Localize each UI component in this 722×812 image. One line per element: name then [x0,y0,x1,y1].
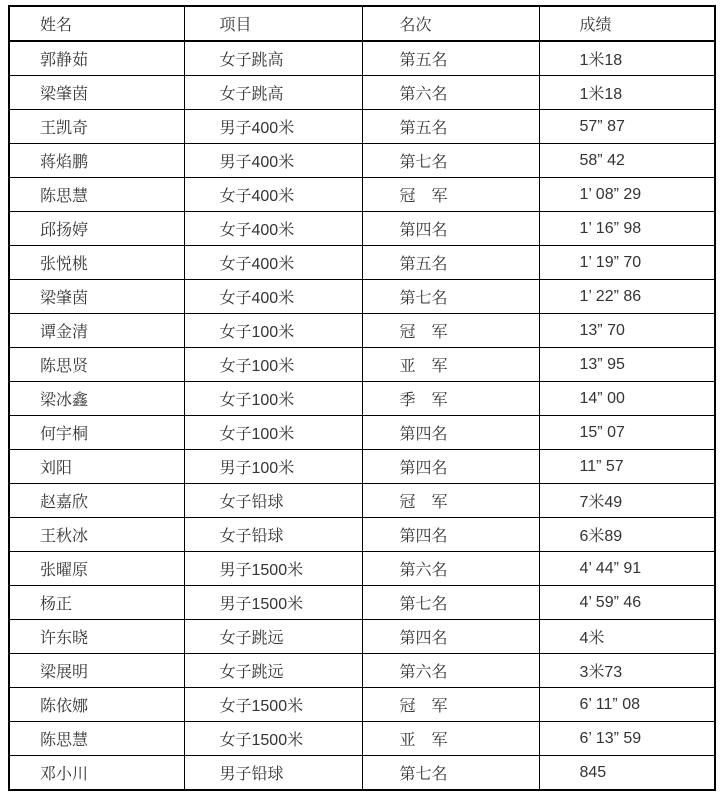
event-cell: 女子400米 [184,178,362,212]
rank-cell: 第五名 [362,246,539,280]
event-cell: 女子100米 [184,348,362,382]
score-cell: 6’ 13” 59 [539,722,715,756]
name-cell: 王秋冰 [9,518,184,552]
event-cell: 男子1500米 [184,552,362,586]
score-cell: 1’ 19” 70 [539,246,715,280]
score-cell: 1’ 22” 86 [539,280,715,314]
event-cell: 男子铅球 [184,756,362,791]
rank-cell: 第七名 [362,586,539,620]
rank-cell: 第七名 [362,756,539,791]
event-cell: 女子400米 [184,280,362,314]
score-cell: 1’ 16” 98 [539,212,715,246]
score-cell: 845 [539,756,715,791]
table-row: 王凯奇 男子400米 第五名 57” 87 [9,110,715,144]
score-cell: 4’ 44” 91 [539,552,715,586]
table-row: 谭金清 女子100米 冠 军 13” 70 [9,314,715,348]
rank-cell: 第七名 [362,280,539,314]
document-page: 姓名 项目 名次 成绩 郭静茹 女子跳高 第五名 1米18 梁肇茵 女子跳高 第… [0,0,722,812]
rank-cell: 第五名 [362,110,539,144]
score-cell: 7米49 [539,484,715,518]
rank-cell: 第五名 [362,41,539,76]
score-cell: 1米18 [539,41,715,76]
score-cell: 11” 57 [539,450,715,484]
table-row: 何宇桐 女子100米 第四名 15” 07 [9,416,715,450]
event-cell: 女子1500米 [184,688,362,722]
table-row: 梁冰鑫 女子100米 季 军 14” 00 [9,382,715,416]
score-cell: 1’ 08” 29 [539,178,715,212]
table-row: 陈思贤 女子100米 亚 军 13” 95 [9,348,715,382]
event-cell: 女子100米 [184,416,362,450]
score-cell: 1米18 [539,76,715,110]
rank-cell: 冠 军 [362,178,539,212]
rank-cell: 亚 军 [362,348,539,382]
name-cell: 王凯奇 [9,110,184,144]
table-row: 蒋焰鹏 男子400米 第七名 58” 42 [9,144,715,178]
event-cell: 女子铅球 [184,484,362,518]
name-cell: 何宇桐 [9,416,184,450]
event-cell: 女子100米 [184,314,362,348]
header-event: 项目 [184,6,362,41]
table-row: 刘阳 男子100米 第四名 11” 57 [9,450,715,484]
rank-cell: 亚 军 [362,722,539,756]
name-cell: 陈思慧 [9,178,184,212]
score-cell: 57” 87 [539,110,715,144]
name-cell: 许东晓 [9,620,184,654]
score-cell: 4米 [539,620,715,654]
name-cell: 赵嘉欣 [9,484,184,518]
event-cell: 男子400米 [184,110,362,144]
table-row: 张曜原 男子1500米 第六名 4’ 44” 91 [9,552,715,586]
name-cell: 陈依娜 [9,688,184,722]
table-row: 赵嘉欣 女子铅球 冠 军 7米49 [9,484,715,518]
rank-cell: 第四名 [362,416,539,450]
rank-cell: 第七名 [362,144,539,178]
rank-cell: 第六名 [362,654,539,688]
table-row: 邓小川 男子铅球 第七名 845 [9,756,715,791]
event-cell: 女子跳远 [184,620,362,654]
rank-cell: 冠 军 [362,688,539,722]
event-cell: 女子跳高 [184,76,362,110]
name-cell: 张悦桃 [9,246,184,280]
rank-cell: 第四名 [362,620,539,654]
rank-cell: 第四名 [362,212,539,246]
name-cell: 陈思慧 [9,722,184,756]
name-cell: 陈思贤 [9,348,184,382]
event-cell: 女子100米 [184,382,362,416]
table-row: 陈思慧 女子1500米 亚 军 6’ 13” 59 [9,722,715,756]
score-cell: 3米73 [539,654,715,688]
score-cell: 14” 00 [539,382,715,416]
table-row: 邱扬婷 女子400米 第四名 1’ 16” 98 [9,212,715,246]
event-cell: 女子铅球 [184,518,362,552]
header-score: 成绩 [539,6,715,41]
results-table: 姓名 项目 名次 成绩 郭静茹 女子跳高 第五名 1米18 梁肇茵 女子跳高 第… [8,5,716,791]
table-row: 梁肇茵 女子跳高 第六名 1米18 [9,76,715,110]
table-row: 梁肇茵 女子400米 第七名 1’ 22” 86 [9,280,715,314]
rank-cell: 冠 军 [362,314,539,348]
rank-cell: 冠 军 [362,484,539,518]
table-row: 陈依娜 女子1500米 冠 军 6’ 11” 08 [9,688,715,722]
event-cell: 男子100米 [184,450,362,484]
event-cell: 女子400米 [184,212,362,246]
name-cell: 郭静茹 [9,41,184,76]
name-cell: 邱扬婷 [9,212,184,246]
rank-cell: 第四名 [362,450,539,484]
table-row: 王秋冰 女子铅球 第四名 6米89 [9,518,715,552]
header-rank: 名次 [362,6,539,41]
name-cell: 梁肇茵 [9,280,184,314]
event-cell: 女子跳高 [184,41,362,76]
rank-cell: 季 军 [362,382,539,416]
table-row: 陈思慧 女子400米 冠 军 1’ 08” 29 [9,178,715,212]
name-cell: 张曜原 [9,552,184,586]
table-row: 许东晓 女子跳远 第四名 4米 [9,620,715,654]
table-row: 张悦桃 女子400米 第五名 1’ 19” 70 [9,246,715,280]
header-name: 姓名 [9,6,184,41]
name-cell: 杨正 [9,586,184,620]
rank-cell: 第六名 [362,76,539,110]
rank-cell: 第四名 [362,518,539,552]
score-cell: 15” 07 [539,416,715,450]
event-cell: 男子1500米 [184,586,362,620]
table-row: 杨正 男子1500米 第七名 4’ 59” 46 [9,586,715,620]
score-cell: 6’ 11” 08 [539,688,715,722]
score-cell: 4’ 59” 46 [539,586,715,620]
score-cell: 6米89 [539,518,715,552]
name-cell: 梁肇茵 [9,76,184,110]
header-row: 姓名 项目 名次 成绩 [9,6,715,41]
event-cell: 女子400米 [184,246,362,280]
name-cell: 蒋焰鹏 [9,144,184,178]
name-cell: 谭金清 [9,314,184,348]
name-cell: 邓小川 [9,756,184,791]
table-row: 郭静茹 女子跳高 第五名 1米18 [9,41,715,76]
score-cell: 58” 42 [539,144,715,178]
rank-cell: 第六名 [362,552,539,586]
name-cell: 梁展明 [9,654,184,688]
name-cell: 梁冰鑫 [9,382,184,416]
event-cell: 女子跳远 [184,654,362,688]
name-cell: 刘阳 [9,450,184,484]
score-cell: 13” 95 [539,348,715,382]
event-cell: 女子1500米 [184,722,362,756]
score-cell: 13” 70 [539,314,715,348]
event-cell: 男子400米 [184,144,362,178]
table-row: 梁展明 女子跳远 第六名 3米73 [9,654,715,688]
